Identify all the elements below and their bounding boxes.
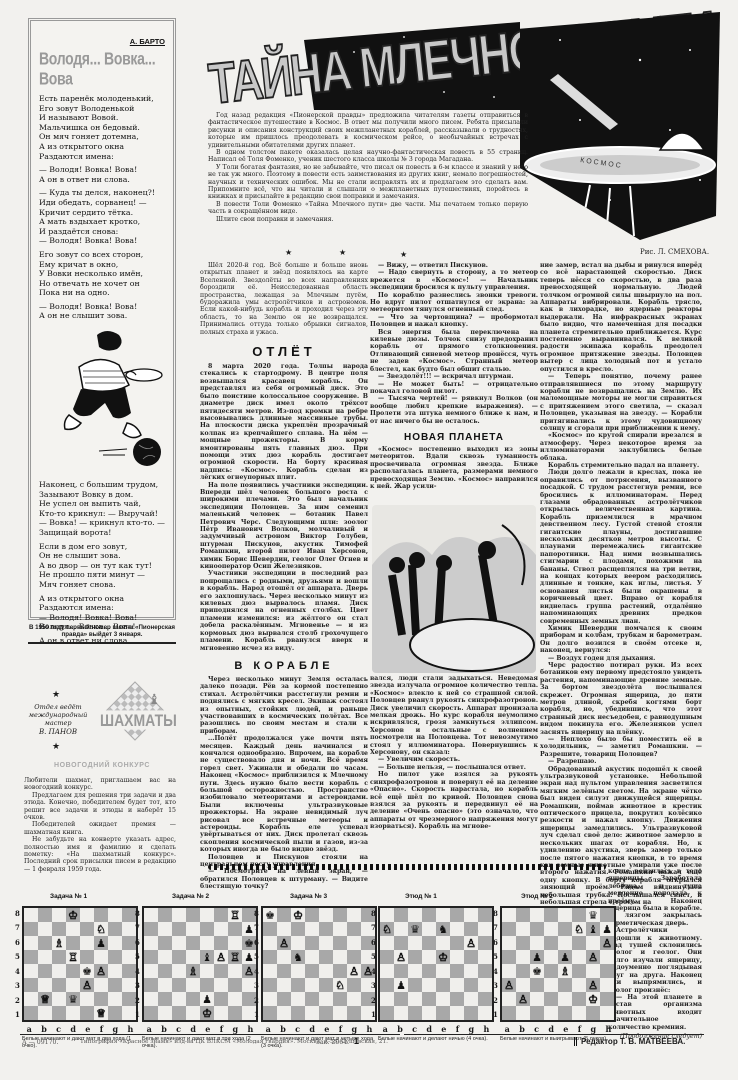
chess-square-h3 xyxy=(122,978,136,992)
chess-square-a3 xyxy=(144,978,158,992)
chess-square-e6 xyxy=(200,936,214,950)
chess-square-d5 xyxy=(186,950,200,964)
poem-line: У Вовки несколько имён, xyxy=(39,269,165,279)
chess-square-e1: ♔ xyxy=(200,1006,214,1020)
chess-piece-icon: ♞ xyxy=(293,952,303,963)
chess-logo: ШАХМАТЫ ♝ xyxy=(100,688,170,758)
chess-square-e7: ♞ xyxy=(436,922,450,936)
chess-editor-credit: Отдел ведёт международный мастер В. ПАНО… xyxy=(28,703,88,736)
chess-square-d1 xyxy=(544,1006,558,1020)
chess-square-f6 xyxy=(450,936,464,950)
story-column-1: Шёл 2020-й год. Всё больше и больше внов… xyxy=(200,262,368,891)
rank-labels: 87654321 xyxy=(493,906,498,1022)
chess-square-b8 xyxy=(158,908,172,922)
chess-square-d3 xyxy=(544,978,558,992)
chess-square-d6 xyxy=(66,936,80,950)
poem-line: А он в ответ ни слова. xyxy=(39,175,165,185)
chess-square-h2 xyxy=(600,992,614,1006)
chess-square-b1 xyxy=(158,1006,172,1020)
chess-square-c5 xyxy=(172,950,186,964)
chess-square-d1 xyxy=(422,1006,436,1020)
chess-square-c5 xyxy=(52,950,66,964)
poem-line: Его зовут Володенькой xyxy=(39,104,165,114)
chess-square-g8 xyxy=(108,908,122,922)
chess-piece-icon: ♔ xyxy=(293,910,303,921)
chess-piece-icon: ♙ xyxy=(96,966,106,977)
astronauts-lizard-illustration xyxy=(372,505,536,673)
chess-piece-icon: ♗ xyxy=(188,966,198,977)
chess-piece-icon: ♙ xyxy=(82,980,92,991)
chess-square-f3 xyxy=(214,978,228,992)
chess-square-b7 xyxy=(277,922,291,936)
chess-square-b2: ♙ xyxy=(516,992,530,1006)
chess-square-c1 xyxy=(52,1006,66,1020)
poem-line: И называют Вовой. xyxy=(39,113,165,123)
poem-line: А из открытого окна xyxy=(39,142,165,152)
chess-square-f7 xyxy=(450,922,464,936)
chess-square-f1 xyxy=(333,1006,347,1020)
poem-author: А. БАРТО xyxy=(39,37,165,46)
chess-square-g2: ♔ xyxy=(586,992,600,1006)
chess-piece-icon: ♙ xyxy=(588,952,598,963)
chess-square-g4 xyxy=(228,964,242,978)
chess-square-c8 xyxy=(172,908,186,922)
chess-problem-title: Этюд № 1 xyxy=(405,893,437,900)
chess-square-g7: ♝ xyxy=(586,922,600,936)
chess-square-a2 xyxy=(24,992,38,1006)
chess-square-d6 xyxy=(186,936,200,950)
chess-square-g5 xyxy=(347,950,361,964)
chess-problem-title: Задача № 1 xyxy=(50,893,87,900)
chess-square-g5 xyxy=(108,950,122,964)
chess-square-g4 xyxy=(586,964,600,978)
chess-square-e2 xyxy=(558,992,572,1006)
chess-piece-icon: ♙ xyxy=(588,980,598,991)
story-column-2: — Вижу, — ответил Пискунов. — Надо сверн… xyxy=(370,262,538,490)
poem-line: — Володя! Вовка! Вова! xyxy=(39,613,165,623)
chess-square-g6 xyxy=(228,936,242,950)
chess-square-c2 xyxy=(408,992,422,1006)
chess-piece-icon: ♞ xyxy=(438,924,448,935)
chess-square-d3 xyxy=(186,978,200,992)
chess-square-e8 xyxy=(200,908,214,922)
chess-square-e5 xyxy=(80,950,94,964)
chess-square-d3 xyxy=(305,978,319,992)
chess-square-d2 xyxy=(305,992,319,1006)
chess-square-e6 xyxy=(558,936,572,950)
chess-square-b4 xyxy=(277,964,291,978)
poem-line: А мать вздыхает кротко, xyxy=(39,217,165,227)
chess-square-h2 xyxy=(122,992,136,1006)
poem-title: Володя... Вовка... Вова xyxy=(39,48,165,88)
star-icon: ★ xyxy=(339,248,346,257)
poem-line: А во двор — он тут как тут! xyxy=(39,561,165,571)
chess-square-e3 xyxy=(436,978,450,992)
chess-square-e4: ♚ xyxy=(80,964,94,978)
chess-square-f5 xyxy=(450,950,464,964)
poem-line: — Вовка! — крикнул кто-то. — xyxy=(39,518,165,528)
section-title-novaya-planeta: НОВАЯ ПЛАНЕТА xyxy=(370,432,538,443)
poem-line: А из открытого окна xyxy=(39,594,165,604)
chess-square-d7 xyxy=(305,922,319,936)
chess-square-g3 xyxy=(108,978,122,992)
chess-piece-icon: ♙ xyxy=(216,952,226,963)
chess-square-e3: ♙ xyxy=(80,978,94,992)
star-icon: ★ xyxy=(52,690,60,700)
story-column-2-bottom: вался, люди стали задыхаться. Неведомая … xyxy=(370,675,538,831)
poem-line: Кричит сердито тётка. xyxy=(39,208,165,218)
chess-square-b4 xyxy=(158,964,172,978)
chess-square-a6 xyxy=(502,936,516,950)
chess-piece-icon: ♘ xyxy=(335,980,345,991)
chess-square-b3: ♟ xyxy=(394,978,408,992)
poem-stanza: Наконец, с большим трудом,Зазывают Вовку… xyxy=(39,480,165,538)
chess-square-f8 xyxy=(94,908,108,922)
chess-square-g2 xyxy=(228,992,242,1006)
chess-square-e5: ♔ xyxy=(436,950,450,964)
chess-square-b6 xyxy=(394,936,408,950)
chess-square-g4 xyxy=(108,964,122,978)
chess-square-f4 xyxy=(214,964,228,978)
chess-square-e3 xyxy=(319,978,333,992)
chess-square-e1 xyxy=(80,1006,94,1020)
rank-labels: 87654321 xyxy=(15,906,20,1022)
chess-square-b8 xyxy=(277,908,291,922)
poem-stanza: Есть паренёк молоденький,Его зовут Волод… xyxy=(39,94,165,161)
story-column-3: ние замер, встал на дыбы и ринулся вперё… xyxy=(540,262,702,906)
chess-square-c8 xyxy=(408,908,422,922)
chess-square-e8 xyxy=(319,908,333,922)
chess-piece-icon: ♔ xyxy=(68,910,78,921)
chess-square-c8 xyxy=(52,908,66,922)
chess-square-f7: ♘ xyxy=(94,922,108,936)
chess-square-e1 xyxy=(319,1006,333,1020)
chess-square-d7 xyxy=(544,922,558,936)
chess-piece-icon: ♗ xyxy=(54,938,64,949)
chess-square-a3: ♙ xyxy=(502,978,516,992)
chess-piece-icon: ♙ xyxy=(466,938,476,949)
chess-piece-icon: ♝ xyxy=(202,952,212,963)
chess-square-d1 xyxy=(66,1006,80,1020)
chess-square-d4: ♗ xyxy=(186,964,200,978)
chess-square-e4: ♗ xyxy=(558,964,572,978)
chess-square-h6 xyxy=(122,936,136,950)
contest-title: НОВОГОДНИЙ КОНКУРС xyxy=(28,762,176,769)
page-number: 1 xyxy=(354,1036,359,1046)
chess-square-b1 xyxy=(38,1006,52,1020)
chess-square-h5 xyxy=(600,950,614,964)
chess-square-f4 xyxy=(450,964,464,978)
chess-square-h1 xyxy=(478,1006,492,1020)
chess-square-f7 xyxy=(214,922,228,936)
file-labels: abcdefgh xyxy=(22,1024,138,1034)
chess-square-c3 xyxy=(408,978,422,992)
chess-square-e6 xyxy=(436,936,450,950)
chess-square-d8 xyxy=(422,908,436,922)
chess-square-e5: ♟ xyxy=(558,950,572,964)
chess-square-b4 xyxy=(394,964,408,978)
chess-square-h4 xyxy=(600,964,614,978)
chess-square-b7 xyxy=(38,922,52,936)
chess-square-f5 xyxy=(333,950,347,964)
poem-line: — Куда ты делся, наконец?! xyxy=(39,188,165,198)
poem-box: А. БАРТО Володя... Вовка... Вова Есть па… xyxy=(28,18,176,620)
chess-square-g8: ♛ xyxy=(586,908,600,922)
chess-square-d2 xyxy=(186,992,200,1006)
poem-line: — Володя! Вовка! Вова! xyxy=(39,165,165,175)
chess-square-h4 xyxy=(478,964,492,978)
chess-square-f2 xyxy=(333,992,347,1006)
poem-line: Раздаются имена: xyxy=(39,152,165,162)
chess-square-b3 xyxy=(158,978,172,992)
chess-piece-icon: ♟ xyxy=(602,924,612,935)
chess-square-g1 xyxy=(108,1006,122,1020)
chess-square-a7: ♘ xyxy=(380,922,394,936)
chess-square-e7 xyxy=(80,922,94,936)
chess-square-b1 xyxy=(277,1006,291,1020)
poem-stanza: Если в дом его зовут,Он не слышит зова.А… xyxy=(39,542,165,590)
chess-square-a2 xyxy=(502,992,516,1006)
chess-square-g8 xyxy=(347,908,361,922)
chess-square-a7 xyxy=(144,922,158,936)
chess-piece-icon: ♛ xyxy=(410,924,420,935)
chess-square-a1 xyxy=(502,1006,516,1020)
poem-stanza: — Володя! Вовка! Вова!А он не слышит зов… xyxy=(39,302,165,321)
chess-square-b5 xyxy=(38,950,52,964)
chess-square-a4 xyxy=(263,964,277,978)
poem-line: Кто-то крикнул: — Выручай! xyxy=(39,509,165,519)
chess-piece-icon: ♕ xyxy=(96,1008,106,1019)
chess-square-b8 xyxy=(38,908,52,922)
chess-square-g5 xyxy=(464,950,478,964)
poem-line: Защищай ворота! xyxy=(39,528,165,538)
chess-square-e8 xyxy=(558,908,572,922)
bishop-icon: ♝ xyxy=(148,692,161,708)
chess-square-g3 xyxy=(228,978,242,992)
chess-square-f2 xyxy=(94,992,108,1006)
chess-piece-icon: ♕ xyxy=(40,994,50,1005)
illustrator-credit: Рис. Л. СМЕХОВА. xyxy=(640,248,709,256)
poem-line: Есть паренёк молоденький, xyxy=(39,94,165,104)
chess-square-a6 xyxy=(263,936,277,950)
chess-square-g6: ♙ xyxy=(464,936,478,950)
chess-square-b8 xyxy=(394,908,408,922)
footer-rule xyxy=(20,1034,400,1035)
editorial-intro: Год назад редакция «Пионерской правды» п… xyxy=(208,112,528,223)
chess-square-e3 xyxy=(558,978,572,992)
chess-square-f3: ♘ xyxy=(333,978,347,992)
chess-square-a3 xyxy=(263,978,277,992)
chess-piece-icon: ♖ xyxy=(230,952,240,963)
story-column-3-end: конце вонзилась в тело ящерицы. Заработа… xyxy=(608,868,702,1040)
chess-square-d7 xyxy=(186,922,200,936)
chess-square-c2 xyxy=(52,992,66,1006)
chess-square-f6 xyxy=(333,936,347,950)
chess-square-f7: ♘ xyxy=(572,922,586,936)
chess-square-b3 xyxy=(38,978,52,992)
poem-stanza: Его зовут со всех сторон,Ему кричат в ок… xyxy=(39,250,165,298)
chess-square-h7 xyxy=(122,922,136,936)
chess-square-b4 xyxy=(516,964,530,978)
chess-square-a8: ♚ xyxy=(263,908,277,922)
chess-square-g1 xyxy=(586,1006,600,1020)
chess-square-b3 xyxy=(277,978,291,992)
chess-square-d5: ♖ xyxy=(66,950,80,964)
chess-square-b2 xyxy=(394,992,408,1006)
chess-square-c2 xyxy=(291,992,305,1006)
chess-square-a3 xyxy=(380,978,394,992)
chess-square-g4 xyxy=(464,964,478,978)
chess-square-a1 xyxy=(263,1006,277,1020)
chess-piece-icon: ♟ xyxy=(96,938,106,949)
chess-square-a5 xyxy=(144,950,158,964)
chess-square-a4 xyxy=(24,964,38,978)
chess-piece-icon: ♟ xyxy=(202,994,212,1005)
chess-square-c8 xyxy=(530,908,544,922)
chess-square-d5 xyxy=(305,950,319,964)
chess-square-f7 xyxy=(333,922,347,936)
chess-square-c6 xyxy=(408,936,422,950)
chess-square-b6 xyxy=(38,936,52,950)
chess-square-b6 xyxy=(516,936,530,950)
chess-square-b2 xyxy=(158,992,172,1006)
chess-piece-icon: ♚ xyxy=(244,938,254,949)
chess-problem-title: Этюд № 2 xyxy=(521,893,553,900)
chess-piece-icon: ♚ xyxy=(82,966,92,977)
chess-square-b7 xyxy=(516,922,530,936)
chess-piece-icon: ♛ xyxy=(588,910,598,921)
chess-square-a3 xyxy=(24,978,38,992)
chess-square-e8 xyxy=(80,908,94,922)
chess-square-a2 xyxy=(144,992,158,1006)
chess-square-b5 xyxy=(158,950,172,964)
chess-square-a2 xyxy=(263,992,277,1006)
chess-piece-icon: ♗ xyxy=(560,966,570,977)
chess-square-c5 xyxy=(408,950,422,964)
chess-square-d2: ♛ xyxy=(66,992,80,1006)
rank-labels: 87654321 xyxy=(135,906,140,1022)
chess-square-c1 xyxy=(172,1006,186,1020)
footer-order: Зак. 2964. xyxy=(316,1039,349,1046)
chess-square-c2 xyxy=(172,992,186,1006)
chess-square-e7 xyxy=(319,922,333,936)
poem-stanzas-bottom: Наконец, с большим трудом,Зазывают Вовку… xyxy=(39,480,165,646)
chess-square-f2 xyxy=(450,992,464,1006)
chess-square-a2 xyxy=(380,992,394,1006)
poem-line: Но отвечать не хочет он xyxy=(39,279,165,289)
chess-square-c4 xyxy=(291,964,305,978)
poem-line: Он мяч гоняет дотемна, xyxy=(39,132,165,142)
chess-square-f4 xyxy=(333,964,347,978)
chess-square-a6 xyxy=(380,936,394,950)
poem-line: — Володя! Вовка! Вова! xyxy=(39,236,165,246)
poem-line: Его зовут со всех сторон, xyxy=(39,250,165,260)
chess-piece-icon: ♙ xyxy=(349,966,359,977)
chess-square-b5 xyxy=(277,950,291,964)
chess-square-e2 xyxy=(436,992,450,1006)
chess-problem-title: Задача № 3 xyxy=(290,893,327,900)
chess-board: ♘♛♞♙♙♔♟ xyxy=(378,906,494,1022)
poem-line: Если в дом его зовут, xyxy=(39,542,165,552)
chess-square-f4: ♙ xyxy=(94,964,108,978)
poem-line: Мальчишка он бедовый. xyxy=(39,123,165,133)
rank-labels: 87654321 xyxy=(254,906,259,1022)
notice-divider xyxy=(28,642,176,644)
star-icon: ★ xyxy=(285,248,292,257)
chess-piece-icon: ♚ xyxy=(532,966,542,977)
chess-square-c6: ♗ xyxy=(52,936,66,950)
chess-square-c4 xyxy=(52,964,66,978)
chess-square-a4 xyxy=(502,964,516,978)
chess-square-f8 xyxy=(333,908,347,922)
chess-board: ♛♘♝♟♙♟♟♙♚♗♙♙♙♔ xyxy=(500,906,616,1022)
chess-square-e1 xyxy=(558,1006,572,1020)
chess-square-d6 xyxy=(422,936,436,950)
chess-piece-icon: ♙ xyxy=(279,938,289,949)
footer-rule xyxy=(404,1034,704,1035)
star-icon: ★ xyxy=(52,742,60,752)
chess-square-g5: ♖ xyxy=(228,950,242,964)
chess-square-b2: ♕ xyxy=(38,992,52,1006)
chess-piece-icon: ♚ xyxy=(265,910,275,921)
poem-line: Он не слышит зова. xyxy=(39,551,165,561)
chess-square-c5: ♟ xyxy=(530,950,544,964)
chess-square-b7 xyxy=(394,922,408,936)
chess-piece-icon: ♟ xyxy=(244,924,254,935)
section-title-v-korable: В КОРАБЛЕ xyxy=(200,660,368,672)
chess-piece-icon: ♙ xyxy=(602,938,612,949)
chess-square-g1 xyxy=(228,1006,242,1020)
chess-square-d7 xyxy=(66,922,80,936)
chess-piece-icon: ♔ xyxy=(202,1008,212,1019)
chess-square-a5 xyxy=(380,950,394,964)
chess-square-e6 xyxy=(319,936,333,950)
chess-square-e4 xyxy=(200,964,214,978)
chess-square-g8 xyxy=(464,908,478,922)
chess-square-f2 xyxy=(214,992,228,1006)
poem-line: Не прошло пяти минут — xyxy=(39,570,165,580)
poem-line: Наконец, с большим трудом, xyxy=(39,480,165,490)
chess-square-a4 xyxy=(380,964,394,978)
chess-square-c8: ♔ xyxy=(291,908,305,922)
chess-square-h5 xyxy=(122,950,136,964)
chess-square-c7 xyxy=(52,922,66,936)
chess-square-b1 xyxy=(516,1006,530,1020)
chess-square-a8 xyxy=(24,908,38,922)
chess-square-d5 xyxy=(544,950,558,964)
chess-square-e8 xyxy=(436,908,450,922)
chess-square-e3 xyxy=(200,978,214,992)
chess-square-a4 xyxy=(144,964,158,978)
chess-square-b6: ♙ xyxy=(277,936,291,950)
poem-line: — Володя! Вовка! Вова! xyxy=(39,302,165,312)
chess-square-f8 xyxy=(450,908,464,922)
chess-piece-icon: ♝ xyxy=(588,924,598,935)
chess-square-c6 xyxy=(530,936,544,950)
chess-square-d5 xyxy=(422,950,436,964)
chess-board: ♔♘♗♟♖♚♙♙♕♛♕ xyxy=(22,906,138,1022)
chess-square-g7 xyxy=(464,922,478,936)
chess-square-d2 xyxy=(422,992,436,1006)
chess-square-d8: ♔ xyxy=(66,908,80,922)
chess-square-e4 xyxy=(436,964,450,978)
chess-problem-title: Задача № 2 xyxy=(172,893,209,900)
chess-piece-icon: ♔ xyxy=(438,952,448,963)
poem-line: А он не слышит зова. xyxy=(39,311,165,321)
chess-square-d8 xyxy=(544,908,558,922)
chess-square-d4 xyxy=(305,964,319,978)
chess-square-g3: ♙ xyxy=(586,978,600,992)
